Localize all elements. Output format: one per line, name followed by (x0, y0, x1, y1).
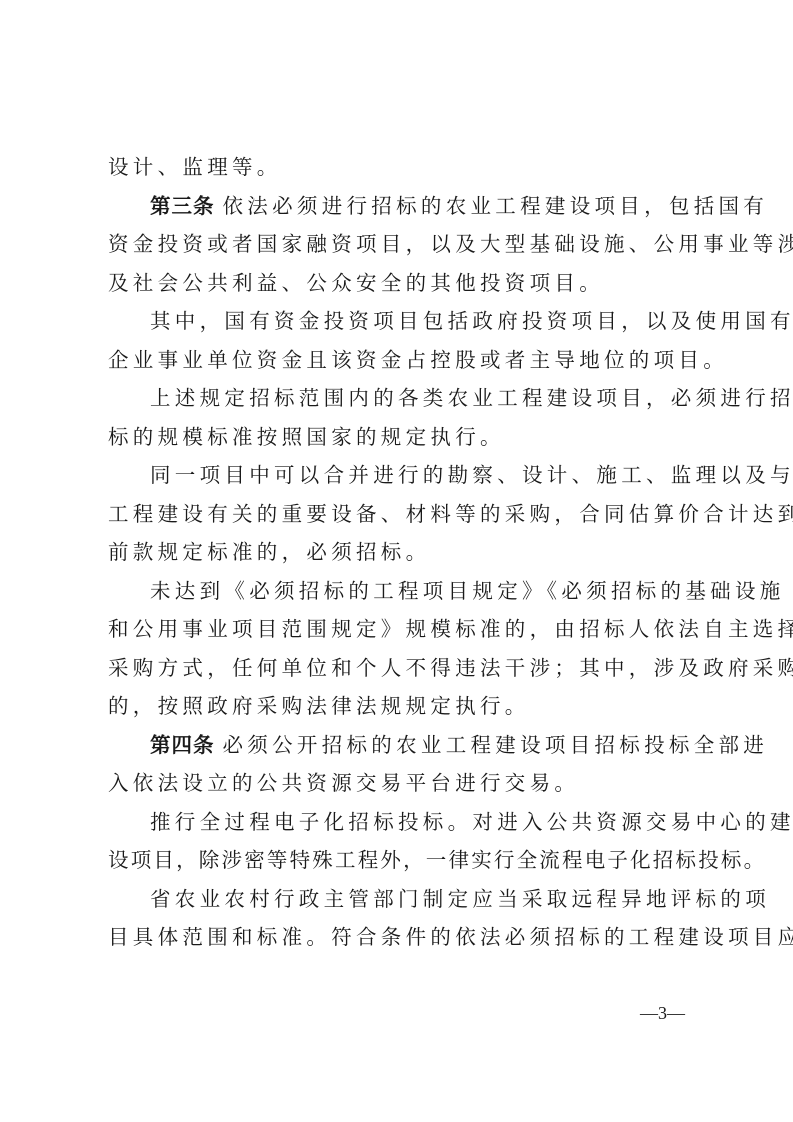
text-line: 采购方式，任何单位和个人不得违法干涉；其中，涉及政府采购 (108, 649, 696, 688)
line-text: 工程建设有关的重要设备、材料等的采购，合同估算价合计达到 (108, 502, 793, 526)
text-line: 上述规定招标范围内的各类农业工程建设项目，必须进行招 (108, 379, 696, 418)
text-line: 未达到《必须招标的工程项目规定》《必须招标的基础设施 (108, 572, 696, 611)
text-line: 设项目，除涉密等特殊工程外，一律实行全流程电子化招标投标。 (108, 841, 696, 880)
line-text: 设计、监理等。 (108, 155, 282, 179)
line-text: 依法必须进行招标的农业工程建设项目，包括国有 (223, 194, 769, 218)
text-line: 目具体范围和标准。符合条件的依法必须招标的工程建设项目应 (108, 918, 696, 957)
text-line: 同一项目中可以合并进行的勘察、设计、施工、监理以及与 (108, 456, 696, 495)
line-text: 前款规定标准的，必须招标。 (108, 540, 430, 564)
text-line: 入依法设立的公共资源交易平台进行交易。 (108, 764, 696, 803)
text-line: 和公用事业项目范围规定》规模标准的，由招标人依法自主选择 (108, 610, 696, 649)
line-text: 同一项目中可以合并进行的勘察、设计、施工、监理以及与 (150, 463, 793, 487)
line-text: 入依法设立的公共资源交易平台进行交易。 (108, 771, 579, 795)
line-text: 未达到《必须招标的工程项目规定》《必须招标的基础设施 (150, 579, 785, 603)
line-text: 必须公开招标的农业工程建设项目招标投标全部进 (223, 733, 769, 757)
line-text: 其中，国有资金投资项目包括政府投资项目，以及使用国有 (150, 309, 793, 333)
text-line: 工程建设有关的重要设备、材料等的采购，合同估算价合计达到 (108, 495, 696, 534)
page-number: —3— (640, 1003, 685, 1024)
article-label: 第三条 (150, 194, 215, 218)
text-line: 推行全过程电子化招标投标。对进入公共资源交易中心的建 (108, 803, 696, 842)
text-line: 其中，国有资金投资项目包括政府投资项目，以及使用国有 (108, 302, 696, 341)
text-line: 第三条依法必须进行招标的农业工程建设项目，包括国有 (108, 187, 696, 226)
line-text: 标的规模标准按照国家的规定执行。 (108, 425, 505, 449)
line-text: 省农业农村行政主管部门制定应当采取远程异地评标的项 (150, 887, 770, 911)
text-line: 前款规定标准的，必须招标。 (108, 533, 696, 572)
line-text: 上述规定招标范围内的各类农业工程建设项目，必须进行招 (150, 386, 793, 410)
text-line: 省农业农村行政主管部门制定应当采取远程异地评标的项 (108, 880, 696, 919)
document-body: 设计、监理等。 第三条依法必须进行招标的农业工程建设项目，包括国有 资金投资或者… (108, 148, 696, 957)
text-line: 第四条必须公开招标的农业工程建设项目招标投标全部进 (108, 726, 696, 765)
line-text: 及社会公共利益、公众安全的其他投资项目。 (108, 271, 604, 295)
text-line: 设计、监理等。 (108, 148, 696, 187)
text-line: 企业事业单位资金且该资金占控股或者主导地位的项目。 (108, 341, 696, 380)
line-text: 资金投资或者国家融资项目，以及大型基础设施、公用事业等涉 (108, 232, 793, 256)
text-line: 及社会公共利益、公众安全的其他投资项目。 (108, 264, 696, 303)
text-line: 资金投资或者国家融资项目，以及大型基础设施、公用事业等涉 (108, 225, 696, 264)
text-line: 标的规模标准按照国家的规定执行。 (108, 418, 696, 457)
line-text: 目具体范围和标准。符合条件的依法必须招标的工程建设项目应 (108, 925, 793, 949)
line-text: 推行全过程电子化招标投标。对进入公共资源交易中心的建 (150, 810, 793, 834)
line-text: 的，按照政府采购法律法规规定执行。 (108, 694, 530, 718)
line-text: 企业事业单位资金且该资金占控股或者主导地位的项目。 (108, 348, 728, 372)
line-text: 和公用事业项目范围规定》规模标准的，由招标人依法自主选择 (108, 617, 793, 641)
line-text: 设项目，除涉密等特殊工程外，一律实行全流程电子化招标投标。 (108, 848, 766, 872)
article-label: 第四条 (150, 733, 215, 757)
line-text: 采购方式，任何单位和个人不得违法干涉；其中，涉及政府采购 (108, 656, 793, 680)
text-line: 的，按照政府采购法律法规规定执行。 (108, 687, 696, 726)
